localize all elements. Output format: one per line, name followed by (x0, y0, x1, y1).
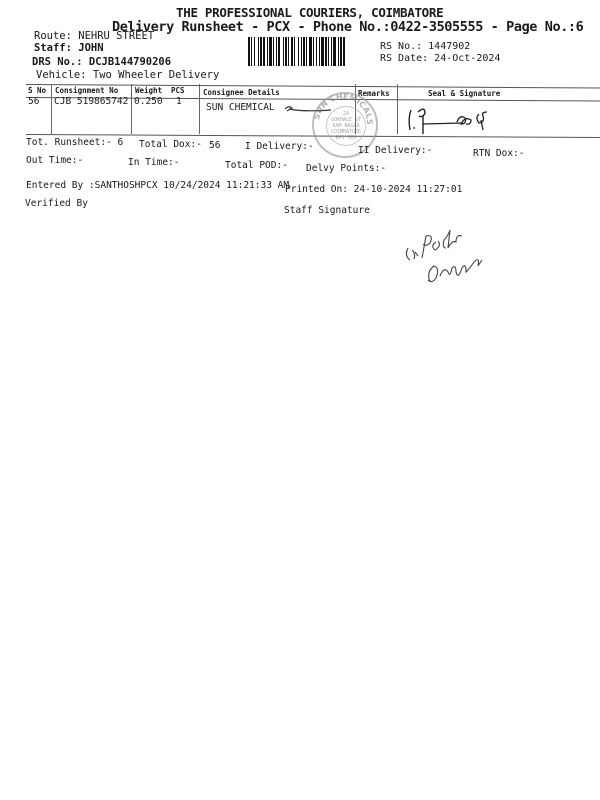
col-header-sno: S No (28, 86, 46, 95)
barcode-bar (345, 37, 346, 66)
col-header-pcs: PCS (171, 86, 185, 95)
entered-by: Entered By :SANTHOSHPCX 10/24/2024 11:21… (26, 180, 289, 191)
col-header-weight: Weight (135, 86, 162, 95)
i-delivery: I Delivery:- (245, 141, 314, 152)
cell-pcs: 1 (176, 96, 182, 107)
col-divider (131, 84, 132, 134)
in-time: In Time:- (128, 157, 179, 168)
stamp-line: 641 009 (328, 135, 364, 141)
cell-consignment-no: CJB 519865742 (54, 96, 128, 107)
verified-by: Verified By (25, 198, 88, 209)
cell-consignee: SUN CHEMICAL (206, 102, 275, 113)
route-label: Route: NEHRU STREET (34, 30, 154, 42)
rs-number: RS No.: 1447902 (380, 41, 470, 52)
out-time: Out Time:- (26, 155, 83, 166)
col-header-seal-signature: Seal & Signature (428, 89, 500, 98)
rs-date: RS Date: 24-Oct-2024 (380, 53, 500, 64)
rtn-dox: RTN Dox:- (473, 148, 524, 159)
drs-number: DRS No.: DCJB144790206 (32, 56, 171, 68)
total-dox-label: Total Dox:- (139, 139, 202, 150)
tot-runsheet: Tot. Runsheet:- 6 (26, 137, 123, 148)
cell-weight: 0.250 (134, 96, 163, 107)
col-divider (397, 84, 398, 134)
staff-label: Staff: JOHN (34, 42, 104, 54)
delvy-points: Delvy Points:- (306, 163, 386, 174)
col-header-consignee: Consignee Details (203, 88, 280, 97)
col-divider (51, 84, 52, 134)
receiver-signature (405, 104, 505, 138)
ii-delivery: II Delivery:- (358, 145, 432, 156)
staff-signature-label: Staff Signature (284, 205, 370, 216)
company-title: THE PROFESSIONAL COURIERS, COIMBATORE (176, 5, 443, 20)
handwritten-note (400, 226, 490, 288)
barcode-icon (248, 37, 372, 66)
col-header-consignment: Consignment No (55, 86, 118, 95)
runsheet-subtitle: Delivery Runsheet - PCX - Phone No.:0422… (112, 19, 583, 35)
col-divider (199, 84, 200, 134)
printed-on: Printed On: 24-10-2024 11:27:01 (285, 184, 462, 195)
cell-sno: 56 (28, 96, 39, 107)
vehicle-label: Vehicle: Two Wheeler Delivery (36, 69, 219, 81)
total-dox-value: 56 (209, 140, 220, 151)
total-pod: Total POD:- (225, 160, 288, 171)
